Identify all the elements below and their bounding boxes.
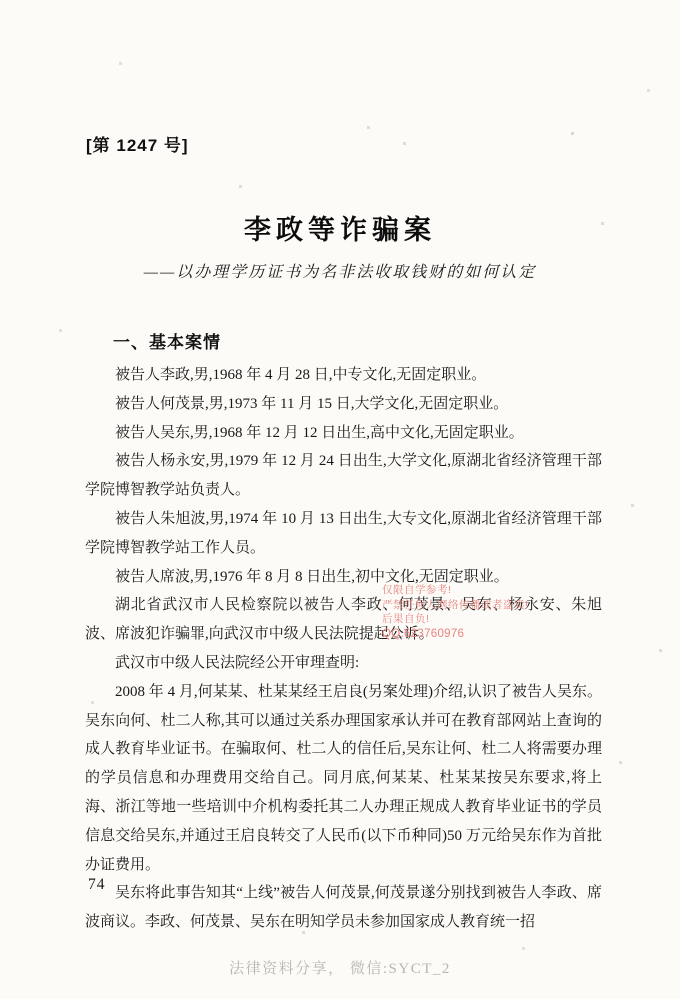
body-paragraph: 湖北省武汉市人民检察院以被告人李政、何茂景、吴东、杨永安、朱旭波、席波犯诈骗罪,… xyxy=(85,591,602,649)
scan-noise xyxy=(0,0,1,1)
case-subtitle: ——以办理学历证书为名非法收取钱财的如何认定 xyxy=(0,259,680,282)
body-paragraph: 被告人杨永安,男,1979 年 12 月 24 日出生,大学文化,原湖北省经济管… xyxy=(85,447,602,505)
body-paragraph: 被告人席波,男,1976 年 8 月 8 日出生,初中文化,无固定职业。 xyxy=(85,563,602,592)
body-paragraph: 被告人吴东,男,1968 年 12 月 12 日出生,高中文化,无固定职业。 xyxy=(85,419,602,448)
scanned-page: [第 1247 号] 李政等诈骗案 ——以办理学历证书为名非法收取钱财的如何认定… xyxy=(0,0,680,999)
body-paragraph: 被告人朱旭波,男,1974 年 10 月 13 日出生,大专文化,原湖北省经济管… xyxy=(85,505,602,563)
body-paragraph: 2008 年 4 月,何某某、杜某某经王启良(另案处理)介绍,认识了被告人吴东。… xyxy=(85,678,602,880)
body-paragraph: 被告人李政,男,1968 年 4 月 28 日,中专文化,无固定职业。 xyxy=(85,361,602,390)
page-number: 74 xyxy=(88,876,106,894)
body-paragraph: 武汉市中级人民法院经公开审理查明: xyxy=(85,649,602,678)
case-number: [第 1247 号] xyxy=(86,131,189,156)
body-paragraph: 被告人何茂景,男,1973 年 11 月 15 日,大学文化,无固定职业。 xyxy=(85,390,602,419)
footer-watermark: 法律资料分享， 微信:SYCT_2 xyxy=(0,957,680,978)
case-title: 李政等诈骗案 xyxy=(0,208,680,247)
section-heading: 一、基本案情 xyxy=(113,328,221,353)
case-body: 被告人李政,男,1968 年 4 月 28 日,中专文化,无固定职业。 被告人何… xyxy=(85,361,602,937)
body-paragraph: 吴东将此事告知其“上线”被告人何茂景,何茂景遂分别找到被告人李政、席波商议。李政… xyxy=(85,879,602,937)
